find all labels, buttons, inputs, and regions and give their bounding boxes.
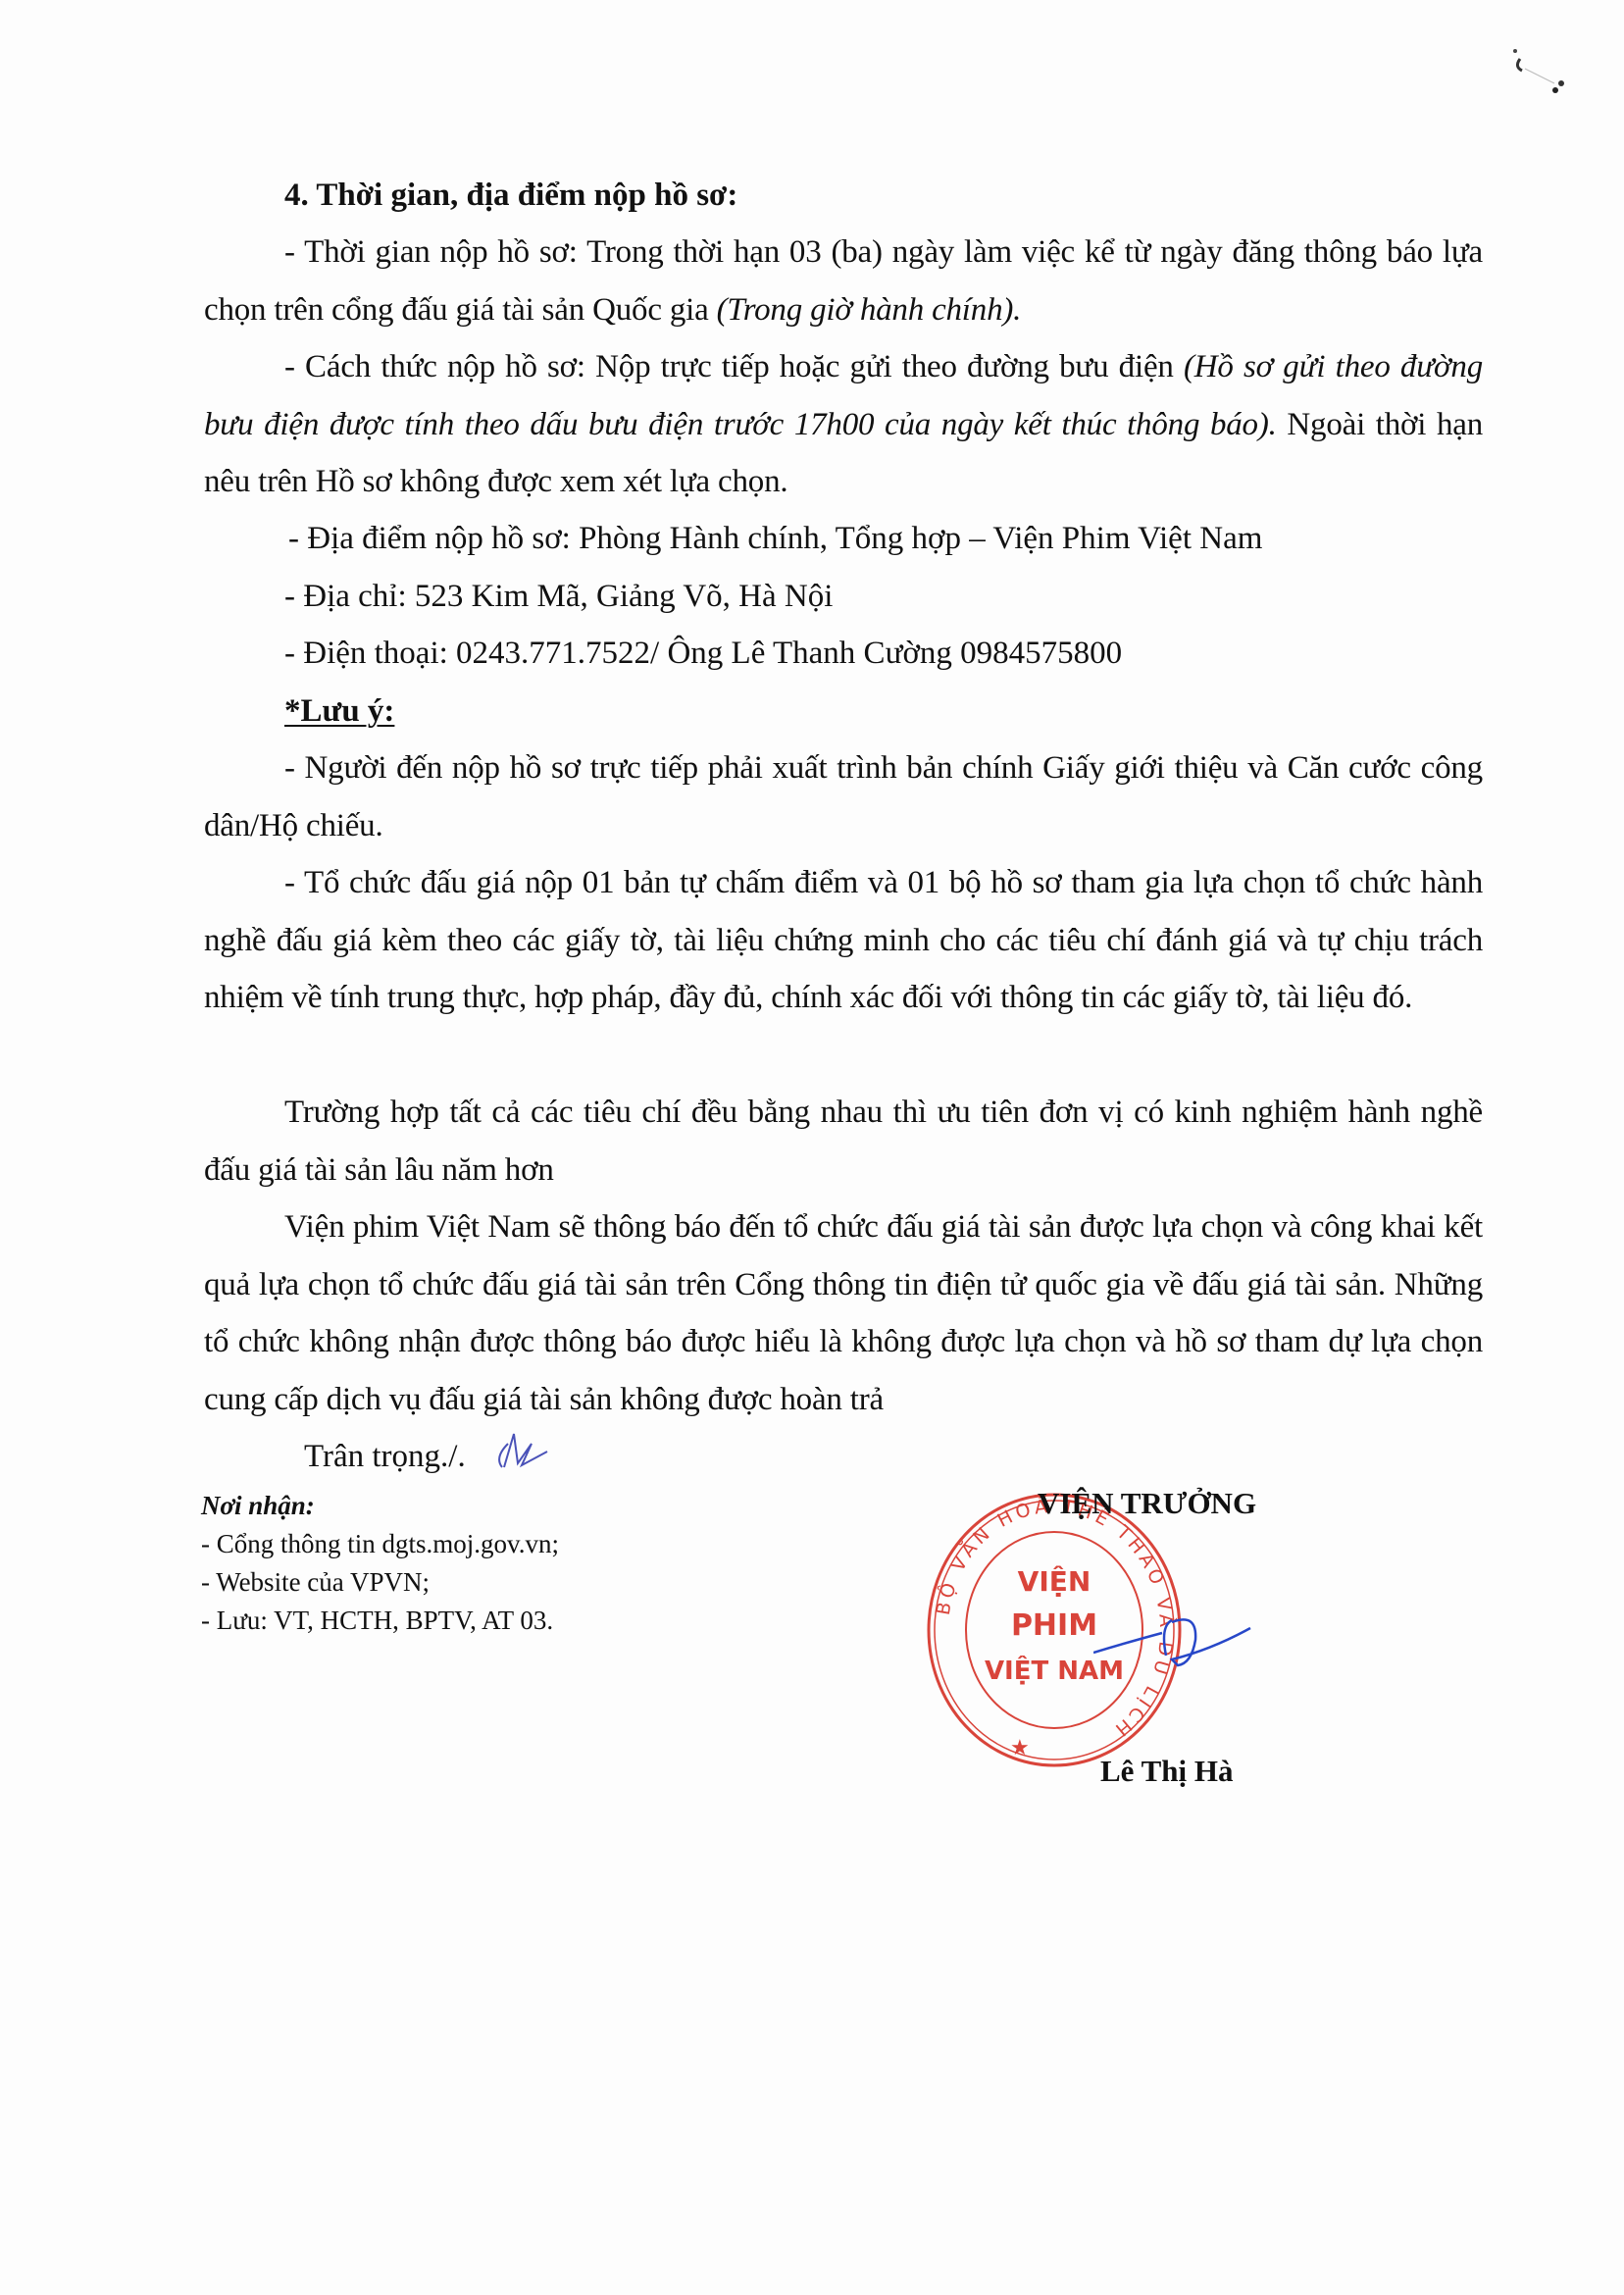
announcement: Viện phim Việt Nam sẽ thông báo đến tổ c… (204, 1198, 1483, 1428)
recipient-item: - Cổng thông tin dgts.moj.gov.vn; (201, 1525, 559, 1563)
signatory-title: VIỆN TRƯỞNG (1038, 1486, 1256, 1521)
recipient-item: - Lưu: VT, HCTH, BPTV, AT 03. (201, 1602, 559, 1640)
submission-time-note: (Trong giờ hành chính). (717, 292, 1022, 328)
initials-signature-icon (490, 1428, 559, 1477)
director-signature-icon (1093, 1608, 1270, 1677)
recipients-block: Nơi nhận: - Cổng thông tin dgts.moj.gov.… (201, 1487, 559, 1640)
submission-method-text: - Cách thức nộp hồ sơ: Nộp trực tiếp hoặ… (284, 349, 1184, 384)
document-page: 4. Thời gian, địa điểm nộp hồ sơ: - Thời… (0, 0, 1624, 2295)
recipients-title: Nơi nhận: (201, 1487, 559, 1525)
closing-text: Trân trọng./. (304, 1439, 466, 1474)
recipient-item: - Website của VPVN; (201, 1563, 559, 1602)
section-heading: 4. Thời gian, địa điểm nộp hồ sơ: (284, 167, 737, 225)
closing: Trân trọng./. (304, 1428, 466, 1486)
submission-address: - Địa chỉ: 523 Kim Mã, Giảng Võ, Hà Nội (284, 568, 833, 626)
svg-text:PHIM: PHIM (1011, 1608, 1097, 1643)
submission-method: - Cách thức nộp hồ sơ: Nộp trực tiếp hoặ… (204, 338, 1483, 511)
tie-rule: Trường hợp tất cả các tiêu chí đều bằng … (204, 1084, 1483, 1198)
note-item-1: - Người đến nộp hồ sơ trực tiếp phải xuấ… (204, 739, 1483, 854)
svg-text:★: ★ (1010, 1736, 1030, 1760)
submission-phone: - Điện thoại: 0243.771.7522/ Ông Lê Than… (284, 625, 1122, 683)
svg-text:VIỆN: VIỆN (1018, 1564, 1091, 1598)
submission-location: - Địa điểm nộp hồ sơ: Phòng Hành chính, … (288, 510, 1262, 568)
notes-heading: *Lưu ý: (284, 683, 394, 740)
scan-artifact-icon (1491, 39, 1579, 98)
note-item-2: - Tổ chức đấu giá nộp 01 bản tự chấm điể… (204, 854, 1483, 1027)
signatory-name: Lê Thị Hà (1100, 1754, 1234, 1789)
submission-time: - Thời gian nộp hồ sơ: Trong thời hạn 03… (204, 224, 1483, 338)
